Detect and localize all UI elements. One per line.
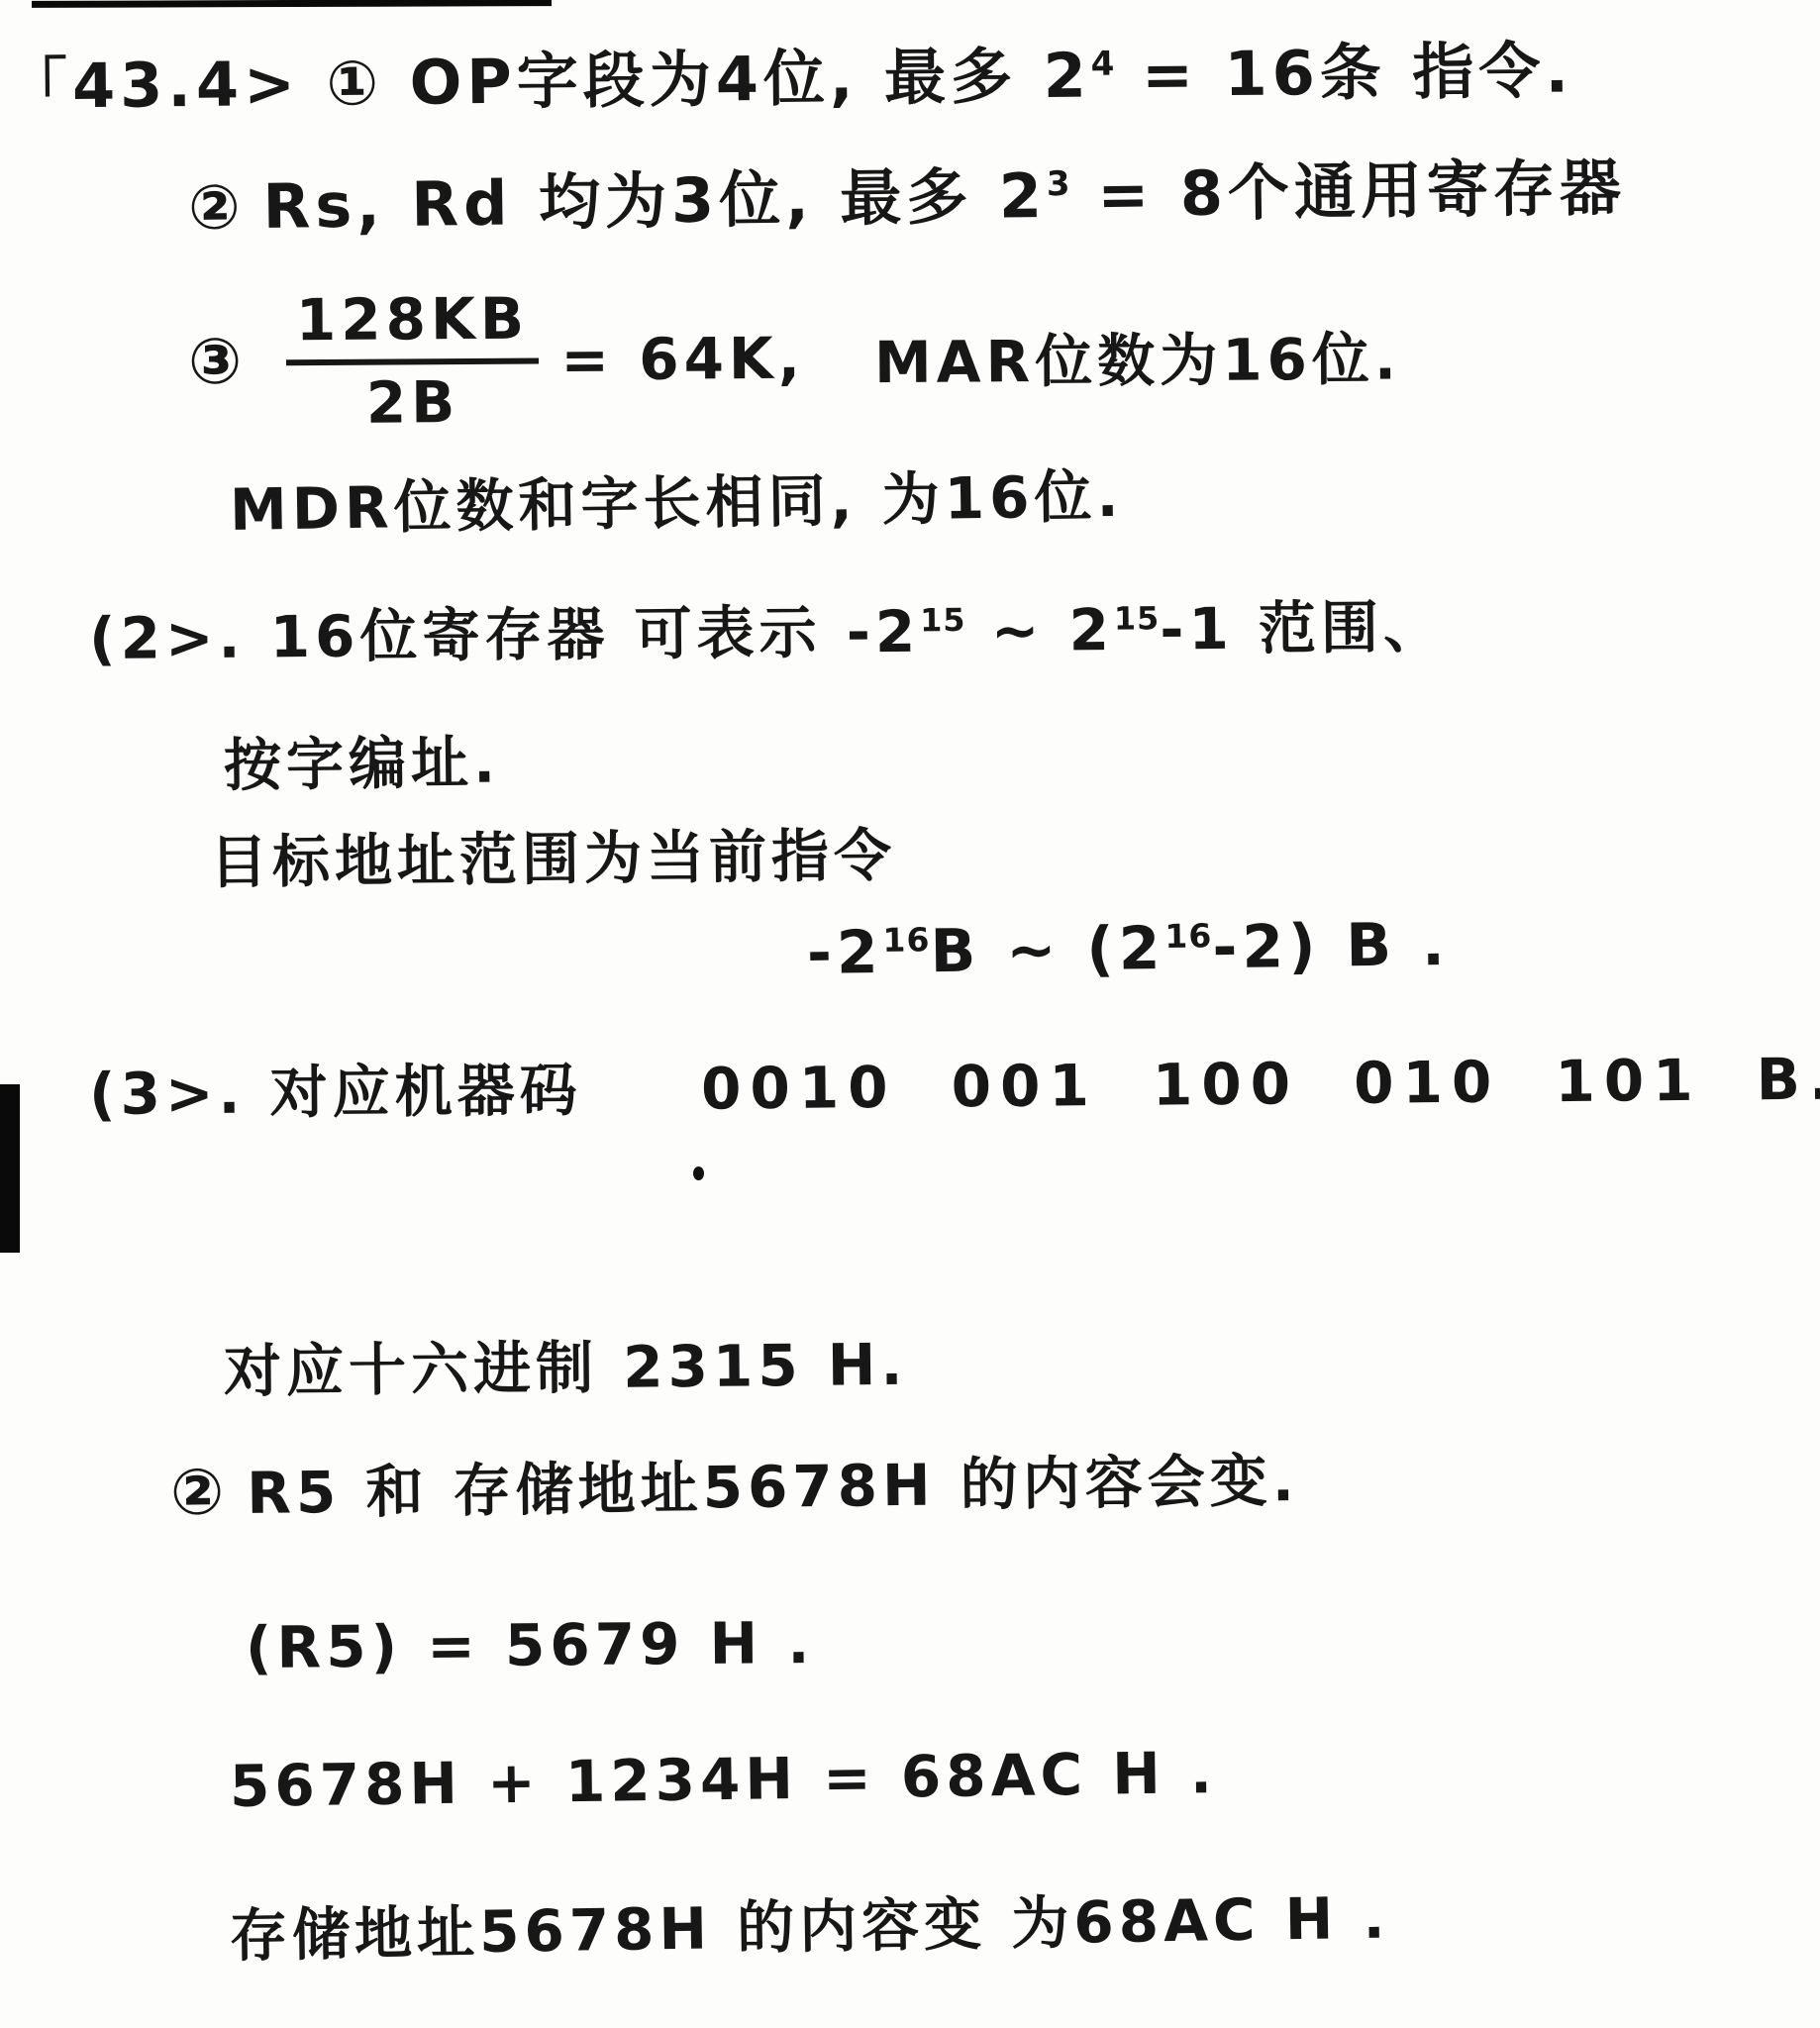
memory-result-text: 存储地址5678H 的内容变 为68AC H .: [230, 1884, 1390, 1970]
range-pre: -2: [807, 918, 884, 988]
exponent-15-b: 15: [1114, 599, 1161, 637]
line-hex-addition: 5678H + 1234H = 68AC H .: [230, 1739, 1218, 1820]
line-mdr-bits: MDR位数和字长相同, 为16位.: [229, 450, 1124, 547]
hex-value-text: 对应十六进制 2315 H.: [224, 1331, 908, 1405]
line-r5-value: (R5) = 5679 H .: [246, 1609, 815, 1681]
line-machine-code: (3>. 对应机器码 0010 001 100 010 101 B.: [89, 1033, 1820, 1131]
line-address-range-formula: -216B ~ (216-2) B .: [807, 910, 1451, 988]
target-address-text: 目标地址范围为当前指令: [210, 822, 897, 896]
machine-code-label: (3>. 对应机器码: [89, 1057, 582, 1128]
spacer: [607, 1109, 676, 1110]
r5-memory-text: R5 和 存储地址5678H 的内容会变.: [247, 1447, 1299, 1527]
line-register-range: (2>. 16位寄存器 可表示 -215 ~ 215-1 范围、: [89, 580, 1447, 675]
line-registers: ②Rs, Rd 均为3位, 最多 23 = 8个通用寄存器: [187, 139, 1626, 247]
fraction-denominator: 2B: [366, 364, 460, 437]
circled-2-icon: ②: [188, 170, 247, 244]
line-op-field-rest: = 16条 指令.: [1115, 34, 1573, 111]
fraction-numerator: 128KB: [286, 285, 540, 366]
line-memory-result: 存储地址5678H 的内容变 为68AC H .: [229, 1872, 1390, 1973]
line-hex-value: 对应十六进制 2315 H.: [224, 1318, 908, 1408]
stray-ink-dot: [693, 1166, 704, 1180]
circled-3-icon: ③: [188, 326, 248, 399]
exponent-3: 3: [1047, 164, 1071, 204]
scan-edge-artifact-top: [32, 0, 552, 8]
line-registers-text: Rs, Rd 均为3位, 最多 2: [262, 159, 1047, 243]
exponent-16-a: 16: [882, 920, 930, 960]
word-addressing-text: 按字编址.: [224, 729, 501, 799]
line-op-field-text: 「43.4> ① OP字段为4位, 最多 2: [6, 40, 1091, 123]
line-target-address: 目标地址范围为当前指令: [210, 809, 897, 899]
scan-edge-artifact-left: [0, 1084, 20, 1253]
mdr-bits-text: MDR位数和字长相同, 为16位.: [230, 462, 1124, 544]
line-mar-bits: ③ 128KB 2B = 64K, MAR位数为16位.: [187, 278, 1401, 438]
circled-2-icon: ②: [170, 1456, 230, 1530]
register-range-mid: ~ 2: [965, 596, 1114, 664]
r5-value-text: (R5) = 5679 H .: [246, 1609, 815, 1681]
line-op-field: 「43.4> ① OP字段为4位, 最多 24 = 16条 指令.: [6, 21, 1574, 126]
register-range-pre: (2>. 16位寄存器 可表示 -2: [89, 598, 921, 672]
range-rest: -2) B .: [1212, 910, 1450, 982]
hex-addition-text: 5678H + 1234H = 68AC H .: [230, 1739, 1218, 1820]
exponent-16-b: 16: [1164, 916, 1212, 956]
line-r5-memory-change: ②R5 和 存储地址5678H 的内容会变.: [169, 1434, 1299, 1531]
machine-code-binary: 0010 001 100 010 101 B.: [701, 1046, 1820, 1123]
range-mid: B ~ (2: [930, 914, 1165, 986]
exponent-4: 4: [1090, 45, 1115, 84]
mar-bits-text: MAR位数为16位.: [874, 312, 1402, 399]
line-registers-rest: = 8个通用寄存器: [1070, 152, 1626, 232]
register-range-rest: -1 范围、: [1160, 593, 1446, 663]
fraction-result: = 64K,: [560, 325, 805, 394]
fraction-128kb-2b: 128KB 2B: [286, 285, 540, 438]
exponent-15-a: 15: [920, 601, 966, 639]
line-word-addressing: 按字编址.: [223, 716, 500, 802]
notebook-page: 「43.4> ① OP字段为4位, 最多 24 = 16条 指令. ②Rs, R…: [0, 0, 1820, 2028]
